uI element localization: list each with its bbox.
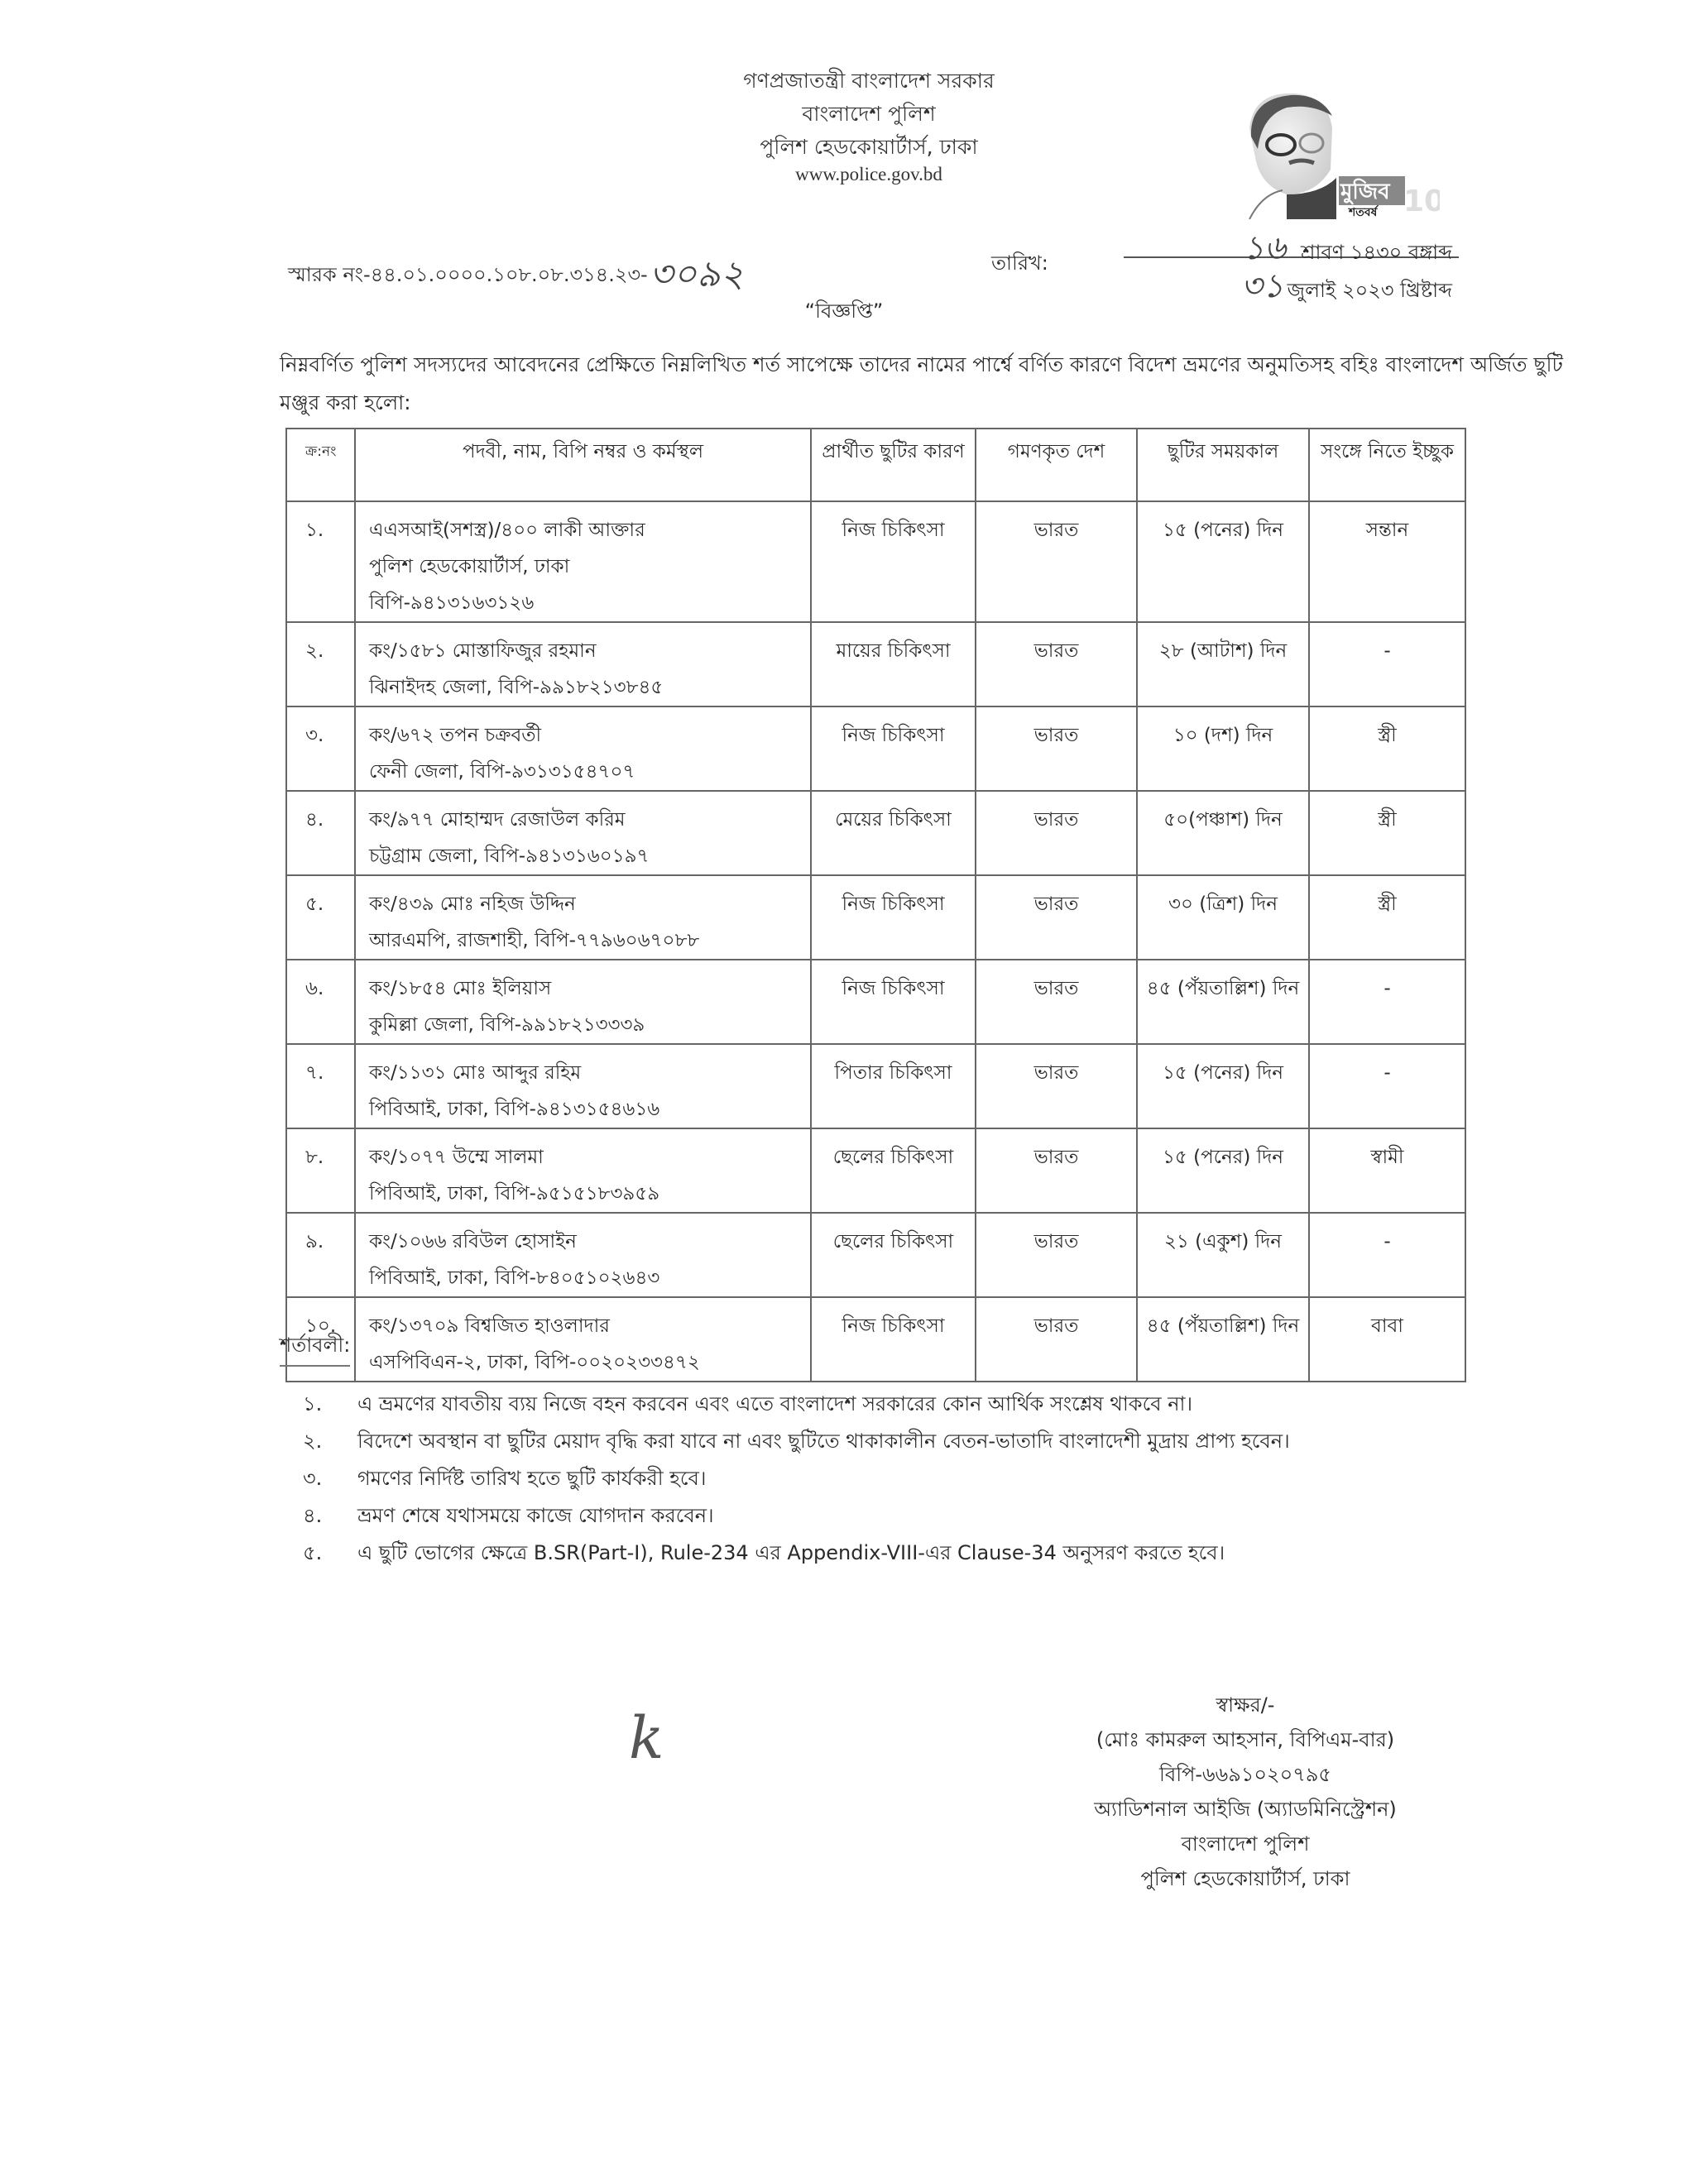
cell-duration: ৪৫ (পঁয়তাল্লিশ) দিন (1137, 960, 1309, 1044)
name-detail-line: কুমিল্লা জেলা, বিপি-৯৯১৮২১৩৩৩৯ (369, 1007, 805, 1043)
table-row: ৭.কং/১১৩১ মোঃ আব্দুর রহিমপিবিআই, ঢাকা, ব… (286, 1044, 1465, 1128)
name-detail-line: কং/১১৩১ মোঃ আব্দুর রহিম (369, 1055, 805, 1091)
handwritten-initial-mark: k (629, 1704, 664, 1772)
name-detail-line: পুলিশ হেডকোয়ার্টার্স, ঢাকা (369, 548, 805, 585)
col-header-companion: সংঙ্গে নিতে ইচ্ছুক (1309, 429, 1465, 501)
condition-item: ৩.গমণের নির্দিষ্ট তারিখ হতে ছুটি কার্যকর… (303, 1461, 1544, 1498)
cell-duration: ৫০(পঞ্চাশ) দিন (1137, 791, 1309, 875)
cell-country: ভারত (976, 706, 1137, 791)
cell-reason: নিজ চিকিৎসা (811, 875, 976, 960)
condition-item: ৪.ভ্রমণ শেষে যথাসময়ে কাজে যোগদান করবেন। (303, 1498, 1544, 1535)
cell-country: ভারত (976, 1213, 1137, 1297)
cell-reason: নিজ চিকিৎসা (811, 501, 976, 622)
table-row: ১.এএসআই(সশস্ত্র)/৪০০ লাকী আক্তারপুলিশ হে… (286, 501, 1465, 622)
signature-block: স্বাক্ষর/- (মোঃ কামরুল আহসান, বিপিএম-বার… (1026, 1688, 1465, 1896)
cell-reason: ছেলের চিকিৎসা (811, 1128, 976, 1213)
cell-serial: ২. (286, 622, 355, 706)
bengali-date-rest: শ্রাবণ ১৪৩০ বঙ্গাব্দ (1301, 237, 1452, 271)
cell-duration: ২৮ (আটাশ) দিন (1137, 622, 1309, 706)
cell-country: ভারত (976, 622, 1137, 706)
svg-text:100: 100 (1403, 184, 1440, 218)
cell-reason: মেয়ের চিকিৎসা (811, 791, 976, 875)
cell-duration: ১৫ (পনের) দিন (1137, 1128, 1309, 1213)
cell-country: ভারত (976, 791, 1137, 875)
signatory-office: পুলিশ হেডকোয়ার্টার্স, ঢাকা (1026, 1861, 1465, 1896)
cell-serial: ৬. (286, 960, 355, 1044)
cell-duration: ৪৫ (পঁয়তাল্লিশ) দিন (1137, 1297, 1309, 1382)
date-label: তারিখ: (991, 248, 1048, 281)
table-row: ৫.কং/৪৩৯ মোঃ নহিজ উদ্দিনআরএমপি, রাজশাহী,… (286, 875, 1465, 960)
header-website: www.police.gov.bd (579, 164, 1158, 185)
condition-item: ১.এ ভ্রমণের যাবতীয় ব্যয় নিজে বহন করবেন… (303, 1387, 1544, 1424)
date-block: ১৬ শ্রাবণ ১৪৩০ বঙ্গাব্দ ৩১ জুলাই ২০২৩ খ্… (1124, 222, 1459, 296)
name-detail-line: পিবিআই, ঢাকা, বিপি-৯৪১৩১৫৪৬১৬ (369, 1091, 805, 1128)
memo-handwritten-number: ৩০৯২ (650, 253, 744, 295)
cell-country: ভারত (976, 1128, 1137, 1213)
cell-country: ভারত (976, 1297, 1137, 1382)
cell-duration: ২১ (একুশ) দিন (1137, 1213, 1309, 1297)
cell-name-details: এএসআই(সশস্ত্র)/৪০০ লাকী আক্তারপুলিশ হেডক… (355, 501, 811, 622)
cell-reason: পিতার চিকিৎসা (811, 1044, 976, 1128)
cell-serial: ১. (286, 501, 355, 622)
table-header-row: ক্র:নং পদবী, নাম, বিপি নম্বর ও কর্মস্থল … (286, 429, 1465, 501)
name-detail-line: ঝিনাইদহ জেলা, বিপি-৯৯১৮২১৩৮৪৫ (369, 669, 805, 706)
cell-companion: স্ত্রী (1309, 875, 1465, 960)
cell-companion: স্ত্রী (1309, 706, 1465, 791)
name-detail-line: কং/৪৩৯ মোঃ নহিজ উদ্দিন (369, 886, 805, 922)
cell-duration: ১৫ (পনের) দিন (1137, 1044, 1309, 1128)
name-detail-line: চট্টগ্রাম জেলা, বিপি-৯৪১৩১৬০১৯৭ (369, 838, 805, 874)
col-header-reason: প্রার্থীত ছুটির কারণ (811, 429, 976, 501)
mujib-borsho-portrait-icon: মুজিব শতবর্ষ 100 (1216, 79, 1440, 219)
table-row: ৩.কং/৬৭২ তপন চক্রবর্তীফেনী জেলা, বিপি-৯৩… (286, 706, 1465, 791)
col-header-duration: ছুটির সময়কাল (1137, 429, 1309, 501)
cell-duration: ১০ (দশ) দিন (1137, 706, 1309, 791)
intro-paragraph: নিম্নবর্ণিত পুলিশ সদস্যদের আবেদনের প্রেক… (280, 346, 1579, 422)
conditions-title: শর্তাবলী: (280, 1330, 350, 1367)
memo-label: স্মারক নং-৪৪.০১.০০০০.১০৮.০৮.৩১৪.২৩- (288, 263, 648, 286)
cell-country: ভারত (976, 1044, 1137, 1128)
cell-name-details: কং/১৫৮১ মোস্তাফিজুর রহমানঝিনাইদহ জেলা, ব… (355, 622, 811, 706)
name-detail-line: কং/১০৭৭ উম্মে সালমা (369, 1139, 805, 1176)
cell-serial: ৫. (286, 875, 355, 960)
cell-companion: স্ত্রী (1309, 791, 1465, 875)
cell-companion: সন্তান (1309, 501, 1465, 622)
name-detail-line: পিবিআই, ঢাকা, বিপি-৮৪০৫১০২৬৪৩ (369, 1260, 805, 1296)
cell-companion: স্বামী (1309, 1128, 1465, 1213)
svg-text:শতবর্ষ: শতবর্ষ (1348, 204, 1379, 219)
conditions-list: ১.এ ভ্রমণের যাবতীয় ব্যয় নিজে বহন করবেন… (303, 1387, 1544, 1573)
cell-serial: ৮. (286, 1128, 355, 1213)
cell-name-details: কং/৪৩৯ মোঃ নহিজ উদ্দিনআরএমপি, রাজশাহী, ব… (355, 875, 811, 960)
header-govt: গণপ্রজাতন্ত্রী বাংলাদেশ সরকার (579, 65, 1158, 100)
name-detail-line: কং/১০৬৬ রবিউল হোসাইন (369, 1224, 805, 1260)
name-detail-line: ফেনী জেলা, বিপি-৯৩১৩১৫৪৭০৭ (369, 754, 805, 790)
svg-text:মুজিব: মুজিব (1340, 178, 1391, 205)
table-row: ৪.কং/৯৭৭ মোহাম্মদ রেজাউল করিমচট্টগ্রাম জ… (286, 791, 1465, 875)
cell-serial: ৭. (286, 1044, 355, 1128)
cell-serial: ৩. (286, 706, 355, 791)
notice-title: “বিজ্ঞপ্তি” (0, 296, 1688, 329)
cell-reason: নিজ চিকিৎসা (811, 960, 976, 1044)
cell-name-details: কং/১০৭৭ উম্মে সালমাপিবিআই, ঢাকা, বিপি-৯৫… (355, 1128, 811, 1213)
cell-reason: নিজ চিকিৎসা (811, 706, 976, 791)
cell-reason: নিজ চিকিৎসা (811, 1297, 976, 1382)
cell-companion: - (1309, 1213, 1465, 1297)
cell-name-details: কং/১১৩১ মোঃ আব্দুর রহিমপিবিআই, ঢাকা, বিপ… (355, 1044, 811, 1128)
condition-item: ৫.এ ছুটি ভোগের ক্ষেত্রে B.SR(Part-I), Ru… (303, 1535, 1544, 1573)
cell-name-details: কং/১৮৫৪ মোঃ ইলিয়াসকুমিল্লা জেলা, বিপি-৯… (355, 960, 811, 1044)
cell-companion: - (1309, 622, 1465, 706)
name-detail-line: বিপি-৯৪১৩১৬৩১২৬ (369, 585, 805, 621)
table-row: ৯.কং/১০৬৬ রবিউল হোসাইনপিবিআই, ঢাকা, বিপি… (286, 1213, 1465, 1297)
mujib-borsho-logo: মুজিব শতবর্ষ 100 (1216, 79, 1440, 219)
bengali-date: ১৬ শ্রাবণ ১৪৩০ বঙ্গাব্দ (1124, 222, 1459, 256)
table-row: ৮.কং/১০৭৭ উম্মে সালমাপিবিআই, ঢাকা, বিপি-… (286, 1128, 1465, 1213)
header-dept: বাংলাদেশ পুলিশ (579, 98, 1158, 133)
cell-duration: ১৫ (পনের) দিন (1137, 501, 1309, 622)
signatory-org: বাংলাদেশ পুলিশ (1026, 1827, 1465, 1861)
cell-country: ভারত (976, 875, 1137, 960)
name-detail-line: কং/১৫৮১ মোস্তাফিজুর রহমান (369, 633, 805, 669)
cell-serial: ৪. (286, 791, 355, 875)
cell-name-details: কং/৯৭৭ মোহাম্মদ রেজাউল করিমচট্টগ্রাম জেল… (355, 791, 811, 875)
cell-companion: - (1309, 960, 1465, 1044)
signatory-designation: অ্যাডিশনাল আইজি (অ্যাডমিনিস্ট্রেশন) (1026, 1792, 1465, 1827)
cell-reason: মায়ের চিকিৎসা (811, 622, 976, 706)
name-detail-line: কং/১৮৫৪ মোঃ ইলিয়াস (369, 970, 805, 1007)
cell-country: ভারত (976, 960, 1137, 1044)
col-header-country: গমণকৃত দেশ (976, 429, 1137, 501)
condition-item: ২.বিদেশে অবস্থান বা ছুটির মেয়াদ বৃদ্ধি … (303, 1424, 1544, 1461)
signatory-name: (মোঃ কামরুল আহসান, বিপিএম-বার) (1026, 1722, 1465, 1757)
col-header-name: পদবী, নাম, বিপি নম্বর ও কর্মস্থল (355, 429, 811, 501)
signature-label: স্বাক্ষর/- (1026, 1688, 1465, 1722)
cell-serial: ৯. (286, 1213, 355, 1297)
leave-table: ক্র:নং পদবী, নাম, বিপি নম্বর ও কর্মস্থল … (285, 428, 1466, 1382)
name-detail-line: কং/১৩৭০৯ বিশ্বজিত হাওলাদার (369, 1308, 805, 1344)
name-detail-line: পিবিআই, ঢাকা, বিপি-৯৫১৫১৮৩৯৫৯ (369, 1176, 805, 1212)
name-detail-line: কং/৯৭৭ মোহাম্মদ রেজাউল করিম (369, 802, 805, 838)
col-header-serial: ক্র:নং (286, 429, 355, 501)
table-row: ২.কং/১৫৮১ মোস্তাফিজুর রহমানঝিনাইদহ জেলা,… (286, 622, 1465, 706)
signatory-bp-number: বিপি-৬৬৯১০২০৭৯৫ (1026, 1757, 1465, 1792)
name-detail-line: আরএমপি, রাজশাহী, বিপি-৭৭৯৬০৬৭০৮৮ (369, 922, 805, 959)
name-detail-line: কং/৬৭২ তপন চক্রবর্তী (369, 717, 805, 754)
cell-name-details: কং/৬৭২ তপন চক্রবর্তীফেনী জেলা, বিপি-৯৩১৩… (355, 706, 811, 791)
cell-companion: বাবা (1309, 1297, 1465, 1382)
table-row: ৬.কং/১৮৫৪ মোঃ ইলিয়াসকুমিল্লা জেলা, বিপি… (286, 960, 1465, 1044)
cell-companion: - (1309, 1044, 1465, 1128)
cell-name-details: কং/১৩৭০৯ বিশ্বজিত হাওলাদারএসপিবিএন-২, ঢা… (355, 1297, 811, 1382)
name-detail-line: এসপিবিএন-২, ঢাকা, বিপি-০০২০২৩৩৪৭২ (369, 1344, 805, 1381)
table-row: ১০.কং/১৩৭০৯ বিশ্বজিত হাওলাদারএসপিবিএন-২,… (286, 1297, 1465, 1382)
name-detail-line: এএসআই(সশস্ত্র)/৪০০ লাকী আক্তার (369, 512, 805, 548)
cell-name-details: কং/১০৬৬ রবিউল হোসাইনপিবিআই, ঢাকা, বিপি-৮… (355, 1213, 811, 1297)
header-office: পুলিশ হেডকোয়ার্টার্স, ঢাকা (579, 131, 1158, 166)
cell-country: ভারত (976, 501, 1137, 622)
cell-reason: ছেলের চিকিৎসা (811, 1213, 976, 1297)
cell-duration: ৩০ (ত্রিশ) দিন (1137, 875, 1309, 960)
